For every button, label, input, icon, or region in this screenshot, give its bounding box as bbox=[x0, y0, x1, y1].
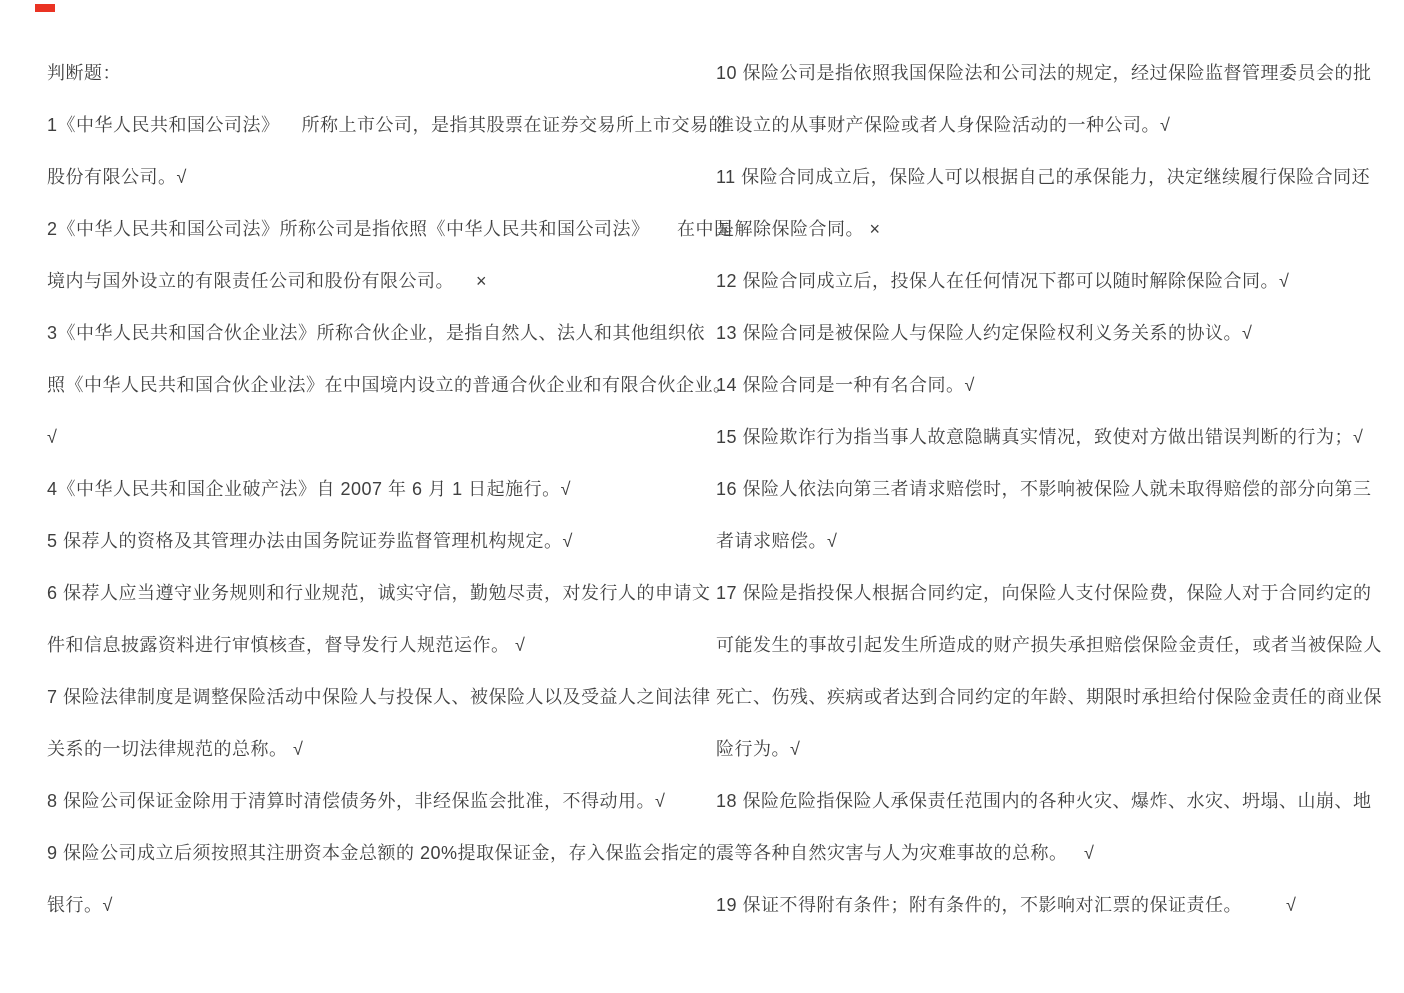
text-line: 者请求赔偿。√ bbox=[716, 515, 1388, 567]
text-line: 7 保险法律制度是调整保险活动中保险人与投保人、被保险人以及受益人之间法律 bbox=[47, 671, 719, 723]
text-line: 照《中华人民共和国合伙企业法》在中国境内设立的普通合伙企业和有限合伙企业。 bbox=[47, 359, 719, 411]
text-line: 15 保险欺诈行为指当事人故意隐瞒真实情况，致使对方做出错误判断的行为；√ bbox=[716, 411, 1388, 463]
text-line: 死亡、伤残、疾病或者达到合同约定的年龄、期限时承担给付保险金责任的商业保 bbox=[716, 671, 1388, 723]
text-line: 5 保荐人的资格及其管理办法由国务院证券监督管理机构规定。√ bbox=[47, 515, 719, 567]
text-line: 17 保险是指投保人根据合同约定，向保险人支付保险费，保险人对于合同约定的 bbox=[716, 567, 1388, 619]
text-line: 1《中华人民共和国公司法》 所称上市公司，是指其股票在证券交易所上市交易的 bbox=[47, 99, 719, 151]
text-line: 震等各种自然灾害与人为灾难事故的总称。 √ bbox=[716, 827, 1388, 879]
text-line: 12 保险合同成立后，投保人在任何情况下都可以随时解除保险合同。√ bbox=[716, 255, 1388, 307]
text-line: 可能发生的事故引起发生所造成的财产损失承担赔偿保险金责任，或者当被保险人 bbox=[716, 619, 1388, 671]
text-line: 是解除保险合同。 × bbox=[716, 203, 1388, 255]
text-line: 险行为。√ bbox=[716, 723, 1388, 775]
red-marker bbox=[35, 4, 55, 12]
right-column: 10 保险公司是指依照我国保险法和公司法的规定，经过保险监督管理委员会的批准设立… bbox=[716, 47, 1388, 931]
left-column: 判断题：1《中华人民共和国公司法》 所称上市公司，是指其股票在证券交易所上市交易… bbox=[47, 47, 719, 931]
text-line: 16 保险人依法向第三者请求赔偿时，不影响被保险人就未取得赔偿的部分向第三 bbox=[716, 463, 1388, 515]
text-line: 19 保证不得附有条件；附有条件的，不影响对汇票的保证责任。 √ bbox=[716, 879, 1388, 931]
text-line: 14 保险合同是一种有名合同。√ bbox=[716, 359, 1388, 411]
text-line: 3《中华人民共和国合伙企业法》所称合伙企业，是指自然人、法人和其他组织依 bbox=[47, 307, 719, 359]
text-line: 13 保险合同是被保险人与保险人约定保险权利义务关系的协议。√ bbox=[716, 307, 1388, 359]
text-line: 9 保险公司成立后须按照其注册资本金总额的 20%提取保证金，存入保监会指定的 bbox=[47, 827, 719, 879]
text-line: 10 保险公司是指依照我国保险法和公司法的规定，经过保险监督管理委员会的批 bbox=[716, 47, 1388, 99]
text-line: 6 保荐人应当遵守业务规则和行业规范，诚实守信，勤勉尽责，对发行人的申请文 bbox=[47, 567, 719, 619]
text-line: 股份有限公司。√ bbox=[47, 151, 719, 203]
text-line: 判断题： bbox=[47, 47, 719, 99]
text-line: 18 保险危险指保险人承保责任范围内的各种火灾、爆炸、水灾、坍塌、山崩、地 bbox=[716, 775, 1388, 827]
text-line: 银行。√ bbox=[47, 879, 719, 931]
text-line: 8 保险公司保证金除用于清算时清偿债务外，非经保监会批准，不得动用。√ bbox=[47, 775, 719, 827]
text-line: 境内与国外设立的有限责任公司和股份有限公司。 × bbox=[47, 255, 719, 307]
text-line: √ bbox=[47, 411, 719, 463]
text-line: 2《中华人民共和国公司法》所称公司是指依照《中华人民共和国公司法》 在中国 bbox=[47, 203, 719, 255]
text-line: 4《中华人民共和国企业破产法》自 2007 年 6 月 1 日起施行。√ bbox=[47, 463, 719, 515]
document-page: 判断题：1《中华人民共和国公司法》 所称上市公司，是指其股票在证券交易所上市交易… bbox=[0, 0, 1404, 993]
text-line: 准设立的从事财产保险或者人身保险活动的一种公司。√ bbox=[716, 99, 1388, 151]
text-line: 11 保险合同成立后，保险人可以根据自己的承保能力，决定继续履行保险合同还 bbox=[716, 151, 1388, 203]
text-line: 件和信息披露资料进行审慎核查，督导发行人规范运作。 √ bbox=[47, 619, 719, 671]
text-line: 关系的一切法律规范的总称。 √ bbox=[47, 723, 719, 775]
